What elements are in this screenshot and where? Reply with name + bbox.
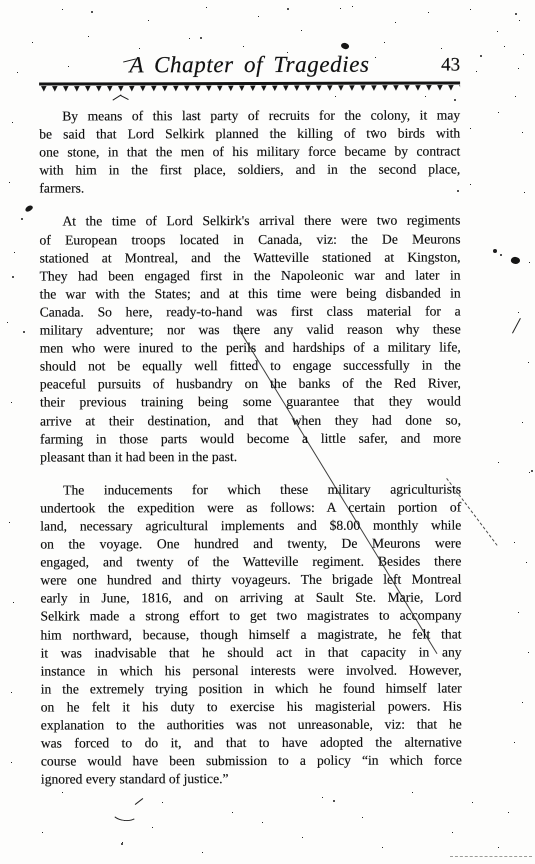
text-line: him northward, because, though himself a… (41, 625, 462, 644)
text-line: military adventure; nor was there any va… (40, 320, 461, 339)
text-line: the war with the States; and at this tim… (40, 284, 461, 303)
text-line: They had been engaged first in the Napol… (40, 266, 461, 285)
body-text: By means of this last party of recruits … (39, 106, 462, 788)
ornament-border: ▼▼▼▼▼▼▼▼▼▼▼▼▼▼▼▼▼▼▼▼▼▼▼▼▼▼▼▼▼▼▼▼▼▼▼▼▼▼▼▼… (39, 81, 460, 97)
text-line: men who were inured to the perils and ha… (40, 339, 461, 358)
text-line: it was inadvisable that he should act in… (41, 643, 462, 662)
page-content: A Chapter of Tragedies 43 ▼▼▼▼▼▼▼▼▼▼▼▼▼▼… (39, 51, 462, 803)
text-line: instance in which his personal interests… (41, 661, 462, 680)
text-line: course would have been submission to a p… (41, 752, 462, 771)
text-line: in the extremely trying position in whic… (41, 679, 462, 698)
text-line: their previous training being some guara… (40, 393, 461, 412)
text-line: should not be equally well fitted to eng… (40, 357, 461, 376)
text-line: By means of this last party of recruits … (39, 106, 460, 125)
text-line: peaceful pursuits of husbandry on the ba… (40, 375, 461, 394)
paragraph: At the time of Lord Selkirk's arrival th… (39, 212, 461, 466)
scratch-mark (512, 318, 521, 333)
text-line: on he felt it his duty to exercise his m… (41, 697, 462, 716)
running-header: A Chapter of Tragedies 43 (39, 51, 460, 81)
text-line: one stone, in that the men of his milita… (39, 143, 460, 162)
text-line: with him in the first place, soldiers, a… (39, 161, 460, 180)
scan-edge-mark (450, 856, 532, 857)
text-line: farming in those parts would become a li… (40, 429, 461, 448)
text-line: on the voyage. One hundred and twenty, D… (40, 535, 461, 554)
text-line: of European troops located in Canada, vi… (39, 230, 460, 249)
arc-artifact (111, 805, 138, 823)
text-line: be said that Lord Selkirk planned the ki… (39, 125, 460, 144)
book-page-scan: A Chapter of Tragedies 43 ▼▼▼▼▼▼▼▼▼▼▼▼▼▼… (0, 0, 535, 864)
text-line: ignored every standard of justice.” (41, 770, 462, 789)
scan-speckles-large (0, 0, 2, 2)
text-line: arrive at their destination, and that wh… (40, 411, 461, 430)
page-number: 43 (441, 54, 460, 76)
text-line: At the time of Lord Selkirk's arrival th… (39, 212, 460, 231)
ink-blot (24, 204, 33, 213)
text-line: explanation to the authorities was not u… (41, 715, 462, 734)
text-line: Selkirk made a strong effort to get two … (40, 607, 461, 626)
text-line: farmers. (39, 179, 460, 198)
ink-blot (493, 249, 497, 253)
text-line: was forced to do it, and that to have ad… (41, 734, 462, 753)
chapter-title: A Chapter of Tragedies (129, 52, 369, 78)
ink-blot (510, 256, 521, 265)
text-line: engaged, and twenty of the Watteville re… (40, 553, 461, 572)
paragraph: By means of this last party of recruits … (39, 106, 460, 198)
text-line: The inducements for which these military… (40, 480, 461, 499)
text-line: land, necessary agricultural implements … (40, 516, 461, 535)
text-line: Canada. So here, ready-to-hand was first… (40, 302, 461, 321)
ink-blot (340, 41, 350, 50)
text-line: undertook the expedition were as follows… (40, 498, 461, 517)
text-line: pleasant than it had been in the past. (40, 447, 461, 466)
text-line: stationed at Montreal, and the Wattevill… (40, 248, 461, 267)
paragraph: The inducements for which these military… (40, 480, 462, 789)
text-line: were one hundred and thirty voyageurs. T… (40, 571, 461, 590)
text-line: early in June, 1816, and on arriving at … (40, 589, 461, 608)
